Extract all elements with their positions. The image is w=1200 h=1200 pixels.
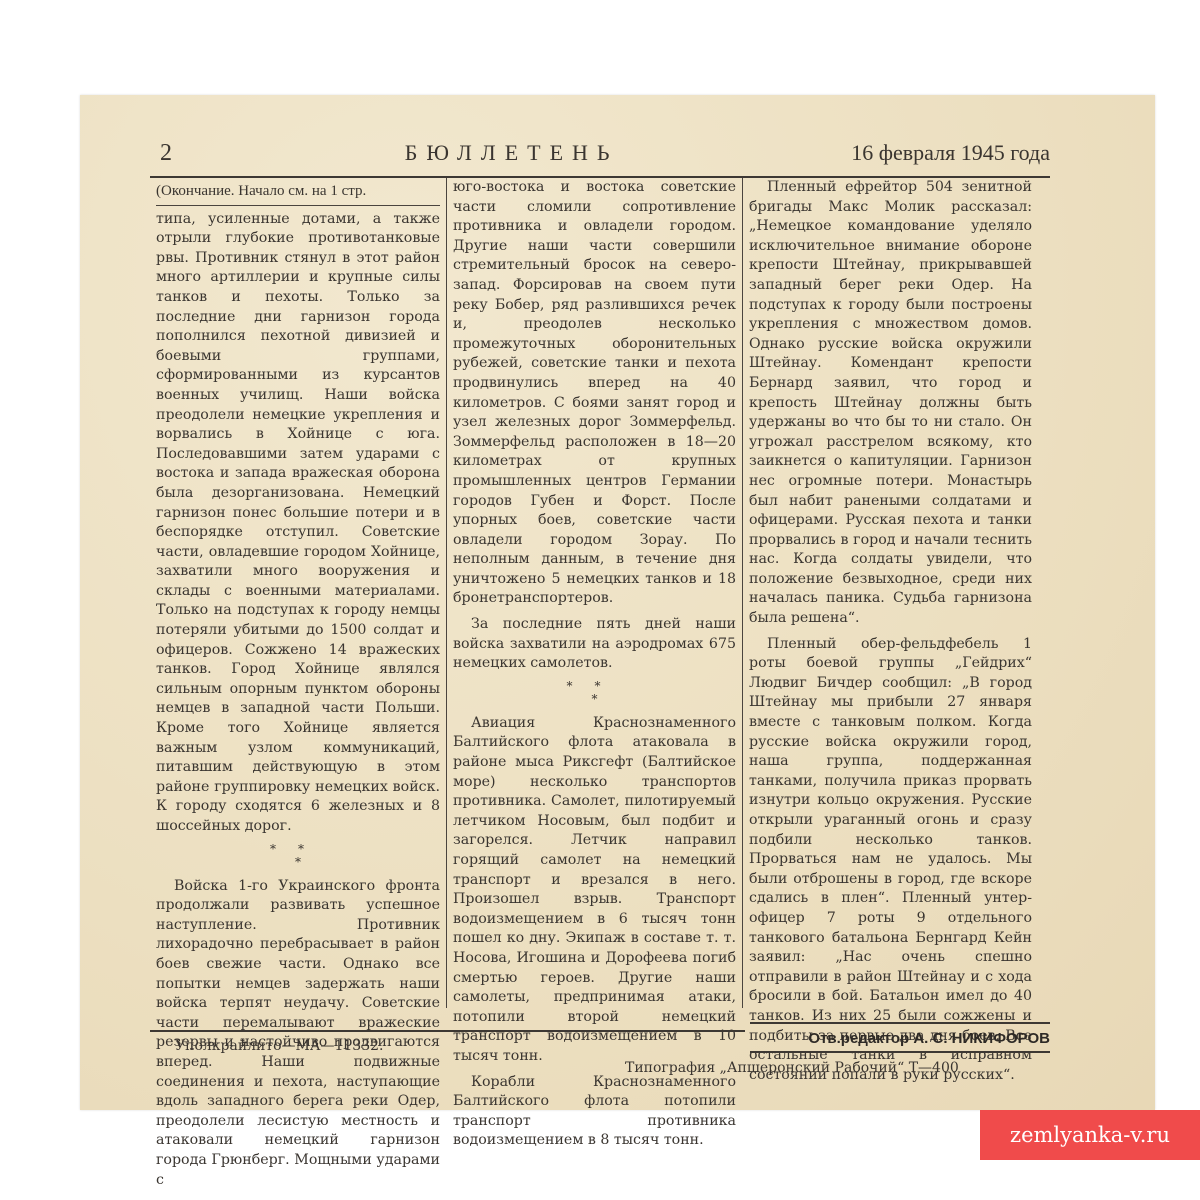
separator-stars: ** [453,680,736,692]
article-paragraph: Авиация Краснознаменного Балтийского фло… [453,714,736,1067]
article-paragraph: За последние пять дней наши войска захва… [453,615,736,674]
article-columns: (Окончание. Начало см. на 1 стр. типа, у… [150,178,1050,1008]
separator-star: * [453,694,736,704]
editor-credit: Отв.редактор А. С. НИКИФОРОВ [750,1022,1050,1053]
issue-date: 16 февраля 1945 года [851,140,1050,166]
masthead: 2 БЮЛЛЕТЕНЬ 16 февраля 1945 года [150,140,1050,176]
column-right: Пленный ефрейтор 504 зенитной бригады Ма… [742,178,1038,1008]
bottom-rule [150,1030,745,1032]
separator-stars: ** [156,843,440,855]
article-paragraph: Войска 1-го Украинского фронта продолжал… [156,877,440,1191]
censor-code: Уполкрайлито—МА—11332. [175,1038,383,1054]
bulletin-page: 2 БЮЛЛЕТЕНЬ 16 февраля 1945 года (Оконча… [150,140,1050,1008]
continuation-header: (Окончание. Начало см. на 1 стр. [156,178,440,206]
newspaper-title: БЮЛЛЕТЕНЬ [405,140,619,166]
column-left: (Окончание. Начало см. на 1 стр. типа, у… [150,178,446,1008]
printer-imprint: Типография „Апшеронский Рабочий“ Т—400 [625,1060,959,1076]
editor-block: Отв.редактор А. С. НИКИФОРОВ [750,1022,1050,1053]
article-paragraph: Пленный обер-фельдфебель 1 роты боевой г… [749,635,1032,1086]
separator-star: * [156,857,440,867]
site-watermark: zemlyanka-v.ru [980,1110,1200,1160]
article-paragraph: типа, усиленные дотами, а также отрыли г… [156,210,440,837]
page-number: 2 [150,140,172,167]
column-middle: юго-востока и востока советские части сл… [446,178,742,1008]
article-paragraph: Корабли Краснознаменного Балтийского фло… [453,1073,736,1151]
article-paragraph: юго-востока и востока советские части сл… [453,178,736,609]
article-paragraph: Пленный ефрейтор 504 зенитной бригады Ма… [749,178,1032,629]
